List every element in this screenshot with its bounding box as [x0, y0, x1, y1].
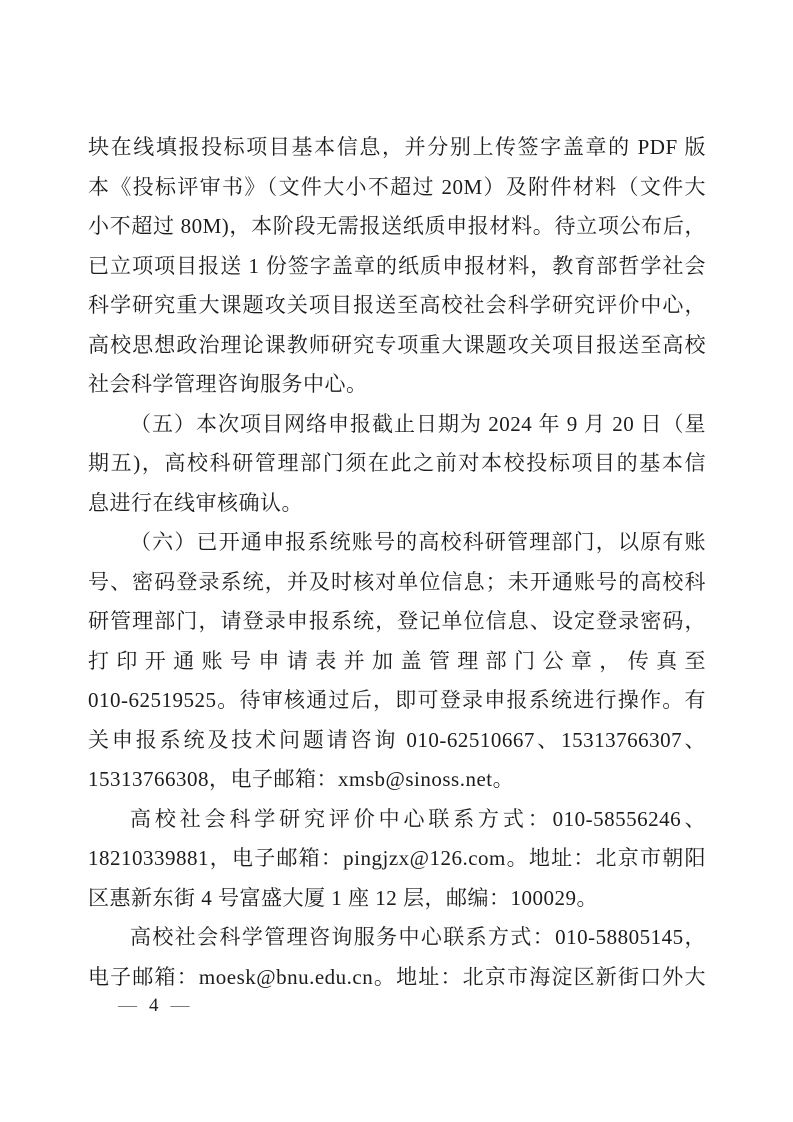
text-line: 号、密码登录系统，并及时核对单位信息；未开通账号的高校科: [88, 563, 706, 603]
text-line: 社会科学管理咨询服务中心。: [88, 365, 706, 405]
text-line: 15313766308，电子邮箱：xmsb@sinoss.net。: [88, 760, 706, 800]
text-line: 已立项项目报送 1 份签字盖章的纸质申报材料，教育部哲学社会: [88, 247, 706, 287]
page-footer: — 4 —: [118, 992, 190, 1020]
text-line: （五）本次项目网络申报截止日期为 2024 年 9 月 20 日（星: [88, 405, 706, 445]
document-page: 块在线填报投标项目基本信息，并分别上传签字盖章的 PDF 版 本《投标评审书》（…: [0, 0, 793, 1122]
text-line: 块在线填报投标项目基本信息，并分别上传签字盖章的 PDF 版: [88, 128, 706, 168]
text-line: （六）已开通申报系统账号的高校科研管理部门，以原有账: [88, 523, 706, 563]
text-line: 区惠新东街 4 号富盛大厦 1 座 12 层，邮编：100029。: [88, 879, 706, 919]
text-line: 打印开通账号申请表并加盖管理部门公章，传真至: [88, 642, 706, 682]
page-number: 4: [137, 992, 171, 1020]
footer-dash-right: —: [171, 992, 190, 1020]
text-line: 科学研究重大课题攻关项目报送至高校社会科学研究评价中心，: [88, 286, 706, 326]
text-line: 010-62519525。待审核通过后，即可登录申报系统进行操作。有: [88, 681, 706, 721]
text-line: 关申报系统及技术问题请咨询 010-62510667、15313766307、: [88, 721, 706, 761]
text-line: 期五)，高校科研管理部门须在此之前对本校投标项目的基本信: [88, 444, 706, 484]
footer-dash-left: —: [118, 992, 137, 1020]
text-line: 高校社会科学研究评价中心联系方式：010-58556246、: [88, 800, 706, 840]
paragraph-item-6-account: （六）已开通申报系统账号的高校科研管理部门，以原有账 号、密码登录系统，并及时核…: [88, 523, 706, 800]
paragraph-contact-consulting-center: 高校社会科学管理咨询服务中心联系方式：010-58805145， 电子邮箱：mo…: [88, 918, 706, 997]
document-body: 块在线填报投标项目基本信息，并分别上传签字盖章的 PDF 版 本《投标评审书》（…: [88, 128, 706, 997]
text-line: 18210339881，电子邮箱：pingjzx@126.com。地址：北京市朝…: [88, 839, 706, 879]
text-line: 高校思想政治理论课教师研究专项重大课题攻关项目报送至高校: [88, 326, 706, 366]
text-line: 小不超过 80M)，本阶段无需报送纸质申报材料。待立项公布后，: [88, 207, 706, 247]
text-line: 研管理部门，请登录申报系统，登记单位信息、设定登录密码，: [88, 602, 706, 642]
text-line: 息进行在线审核确认。: [88, 484, 706, 524]
paragraph-item-5-deadline: （五）本次项目网络申报截止日期为 2024 年 9 月 20 日（星 期五)，高…: [88, 405, 706, 524]
paragraph-continuation-upload-requirements: 块在线填报投标项目基本信息，并分别上传签字盖章的 PDF 版 本《投标评审书》（…: [88, 128, 706, 405]
text-line: 本《投标评审书》（文件大小不超过 20M）及附件材料（文件大: [88, 168, 706, 208]
text-line: 高校社会科学管理咨询服务中心联系方式：010-58805145，: [88, 918, 706, 958]
paragraph-contact-evaluation-center: 高校社会科学研究评价中心联系方式：010-58556246、 182103398…: [88, 800, 706, 919]
